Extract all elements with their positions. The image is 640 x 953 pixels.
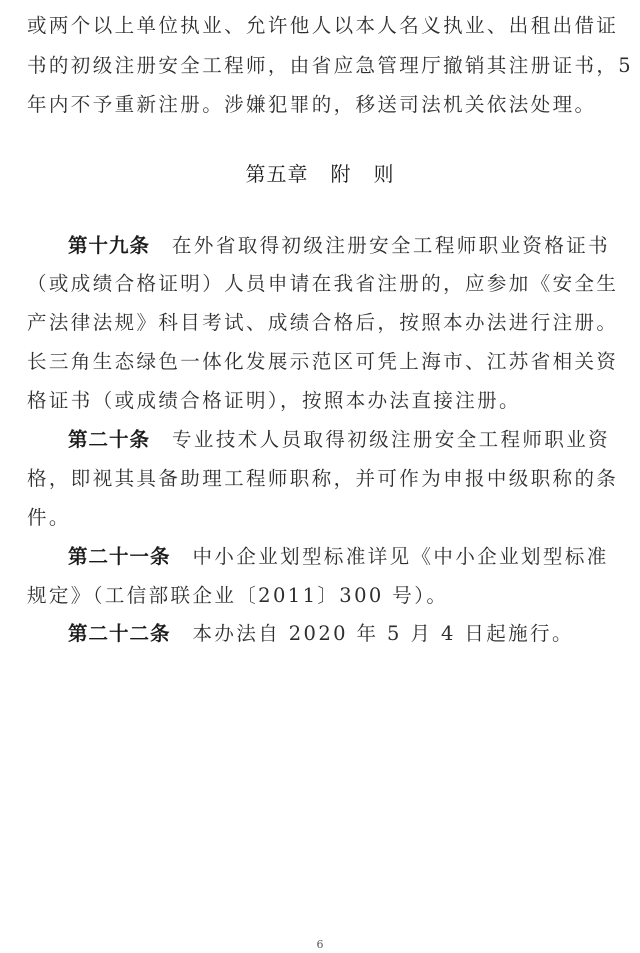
article-20-first-line: 第二十条专业技术人员取得初级注册安全工程师职业资	[68, 426, 640, 454]
article-label: 第二十条	[68, 428, 150, 451]
article-text: 专业技术人员取得初级注册安全工程师职业资	[172, 428, 610, 451]
article-19-line: 产法律法规》科目考试、成绩合格后，按照本办法进行注册。	[27, 309, 617, 337]
article-20-line: 件。	[27, 504, 617, 532]
article-21-line: 规定》（工信部联企业〔2011〕300 号）。	[27, 582, 617, 610]
chapter-title-part1: 附	[331, 162, 352, 186]
article-label: 第二十一条	[68, 545, 171, 568]
article-label: 第十九条	[68, 234, 150, 257]
article-21-first-line: 第二十一条中小企业划型标准详见《中小企业划型标准	[68, 543, 640, 571]
article-label: 第二十二条	[68, 622, 171, 645]
chapter-heading: 第五章附则	[0, 160, 640, 188]
article-19-line: 格证书（或成绩合格证明），按照本办法直接注册。	[27, 387, 617, 415]
article-text: 中小企业划型标准详见《中小企业划型标准	[193, 545, 609, 568]
continuation-line: 书的初级注册安全工程师，由省应急管理厅撤销其注册证书，5	[27, 52, 617, 80]
article-19-line: 长三角生态绿色一体化发展示范区可凭上海市、江苏省相关资	[27, 348, 617, 376]
article-text: 本办法自 2020 年 5 月 4 日起施行。	[193, 622, 574, 645]
document-page: 或两个以上单位执业、允许他人以本人名义执业、出租出借证 书的初级注册安全工程师，…	[0, 0, 640, 953]
continuation-line: 或两个以上单位执业、允许他人以本人名义执业、出租出借证	[27, 12, 617, 40]
article-20-line: 格，即视其具备助理工程师职称，并可作为申报中级职称的条	[27, 465, 617, 493]
article-19-first-line: 第十九条在外省取得初级注册安全工程师职业资格证书	[68, 232, 640, 260]
article-22-first-line: 第二十二条本办法自 2020 年 5 月 4 日起施行。	[68, 620, 640, 648]
article-19-line: （或成绩合格证明）人员申请在我省注册的，应参加《安全生	[27, 270, 617, 298]
chapter-number: 第五章	[246, 162, 309, 186]
article-text: 在外省取得初级注册安全工程师职业资格证书	[172, 234, 610, 257]
chapter-title-part2: 则	[374, 162, 395, 186]
page-number: 6	[0, 938, 640, 951]
continuation-line: 年内不予重新注册。涉嫌犯罪的，移送司法机关依法处理。	[27, 91, 617, 119]
